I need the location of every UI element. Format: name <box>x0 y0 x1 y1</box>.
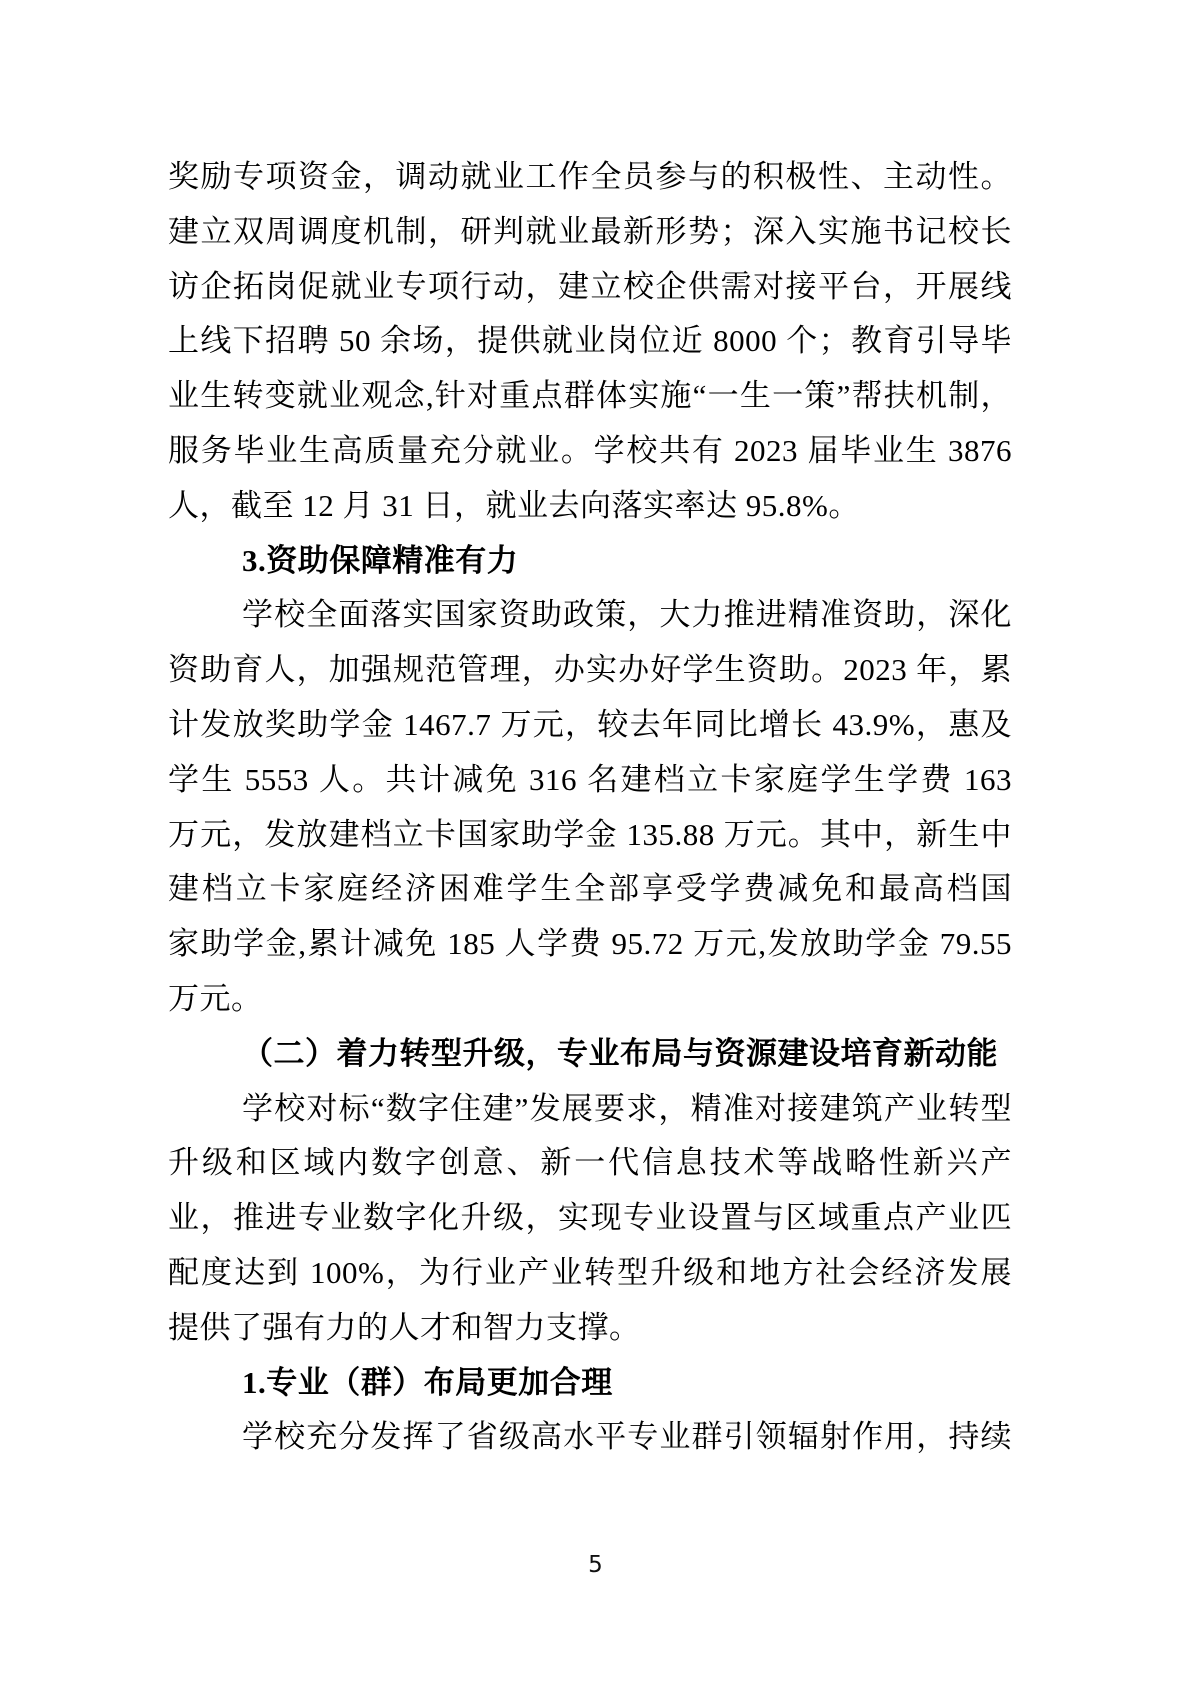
text-line: 上线下招聘 50 余场，提供就业岗位近 8000 个；教育引导毕 <box>168 314 1012 369</box>
text-line: 奖励专项资金，调动就业工作全员参与的积极性、主动性。 <box>168 150 1012 205</box>
document-body: 奖励专项资金，调动就业工作全员参与的积极性、主动性。建立双周调度机制，研判就业最… <box>168 150 1012 1465</box>
text-line: 业生转变就业观念,针对重点群体实施“一生一策”帮扶机制， <box>168 369 1012 424</box>
text-line: 学生 5553 人。共计减免 316 名建档立卡家庭学生学费 163 <box>168 753 1012 808</box>
text-line: 家助学金,累计减免 185 人学费 95.72 万元,发放助学金 79.55 <box>168 917 1012 972</box>
text-line: 业，推进专业数字化升级，实现专业设置与区域重点产业匹 <box>168 1191 1012 1246</box>
section-heading: 1.专业（群）布局更加合理 <box>168 1356 1012 1411</box>
text-line: 建立双周调度机制，研判就业最新形势；深入实施书记校长 <box>168 205 1012 260</box>
text-line: 人，截至 12 月 31 日，就业去向落实率达 95.8%。 <box>168 479 1012 534</box>
text-line: 服务毕业生高质量充分就业。学校共有 2023 届毕业生 3876 <box>168 424 1012 479</box>
page-number: 5 <box>588 1552 603 1578</box>
text-line: 提供了强有力的人才和智力支撑。 <box>168 1301 1012 1356</box>
text-line: 万元。 <box>168 972 1012 1027</box>
text-line: 学校对标“数字住建”发展要求，精准对接建筑产业转型 <box>168 1082 1012 1137</box>
text-line: 升级和区域内数字创意、新一代信息技术等战略性新兴产 <box>168 1136 1012 1191</box>
text-line: 配度达到 100%，为行业产业转型升级和地方社会经济发展 <box>168 1246 1012 1301</box>
page-footer: 5 <box>0 1552 1191 1578</box>
document-page: 奖励专项资金，调动就业工作全员参与的积极性、主动性。建立双周调度机制，研判就业最… <box>0 0 1191 1684</box>
text-line: 访企拓岗促就业专项行动，建立校企供需对接平台，开展线 <box>168 260 1012 315</box>
text-line: 学校全面落实国家资助政策，大力推进精准资助，深化 <box>168 588 1012 643</box>
section-heading: （二）着力转型升级，专业布局与资源建设培育新动能 <box>168 1027 1012 1082</box>
text-line: 建档立卡家庭经济困难学生全部享受学费减免和最高档国 <box>168 862 1012 917</box>
text-line: 学校充分发挥了省级高水平专业群引领辐射作用，持续 <box>168 1410 1012 1465</box>
text-line: 计发放奖助学金 1467.7 万元，较去年同比增长 43.9%，惠及 <box>168 698 1012 753</box>
text-line: 资助育人，加强规范管理，办实办好学生资助。2023 年，累 <box>168 643 1012 698</box>
text-line: 万元，发放建档立卡国家助学金 135.88 万元。其中，新生中 <box>168 808 1012 863</box>
section-heading: 3.资助保障精准有力 <box>168 534 1012 589</box>
